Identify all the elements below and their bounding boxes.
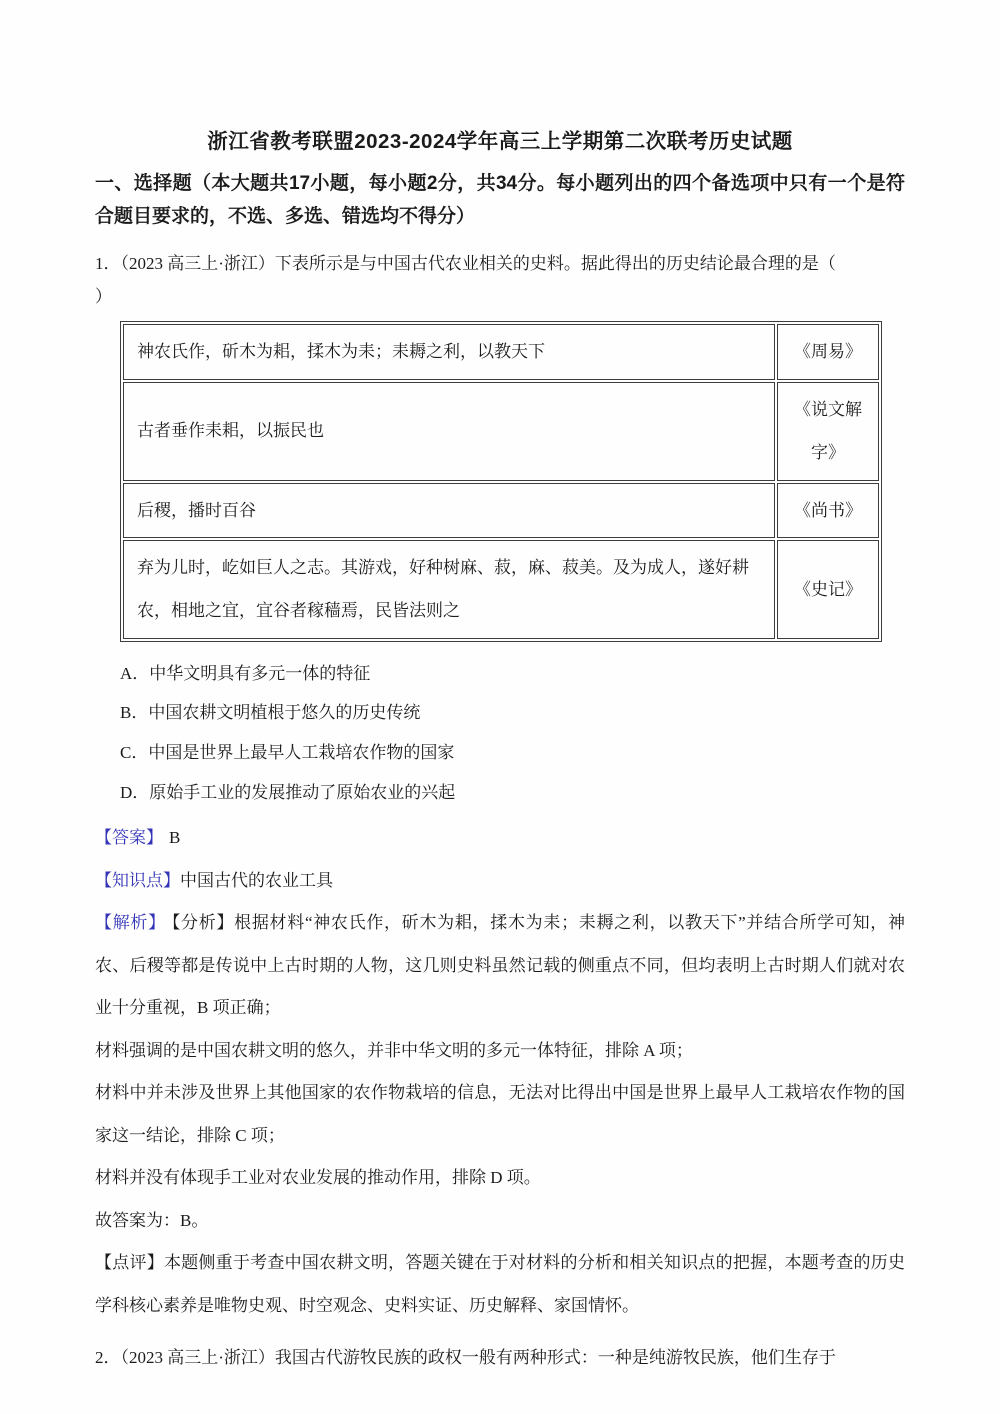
comment-paragraph: 【点评】本题侧重于考查中国农耕文明，答题关键在于对材料的分析和相关知识点的把握，… — [95, 1242, 905, 1327]
question-1-stem: 1．（2023 高三上·浙江）下表所示是与中国古代农业相关的史料。据此得出的历史… — [95, 247, 905, 280]
question-1-stem-close: ） — [95, 280, 905, 313]
table-cell-source: 《周易》 — [777, 324, 879, 379]
analysis-point-c: 材料中并未涉及世界上其他国家的农作物栽培的信息，无法对比得出中国是世界上最早人工… — [95, 1072, 905, 1157]
option-b: B．中国农耕文明植根于悠久的历史传统 — [120, 693, 905, 733]
question-1-options: A．中华文明具有多元一体的特征 B．中国农耕文明植根于悠久的历史传统 C．中国是… — [120, 654, 905, 814]
option-d: D．原始手工业的发展推动了原始农业的兴起 — [120, 773, 905, 813]
answer-line: 【答案】B — [95, 817, 905, 860]
knowledge-point-line: 【知识点】中国古代的农业工具 — [95, 860, 905, 903]
analysis-point-d: 材料并没有体现手工业对农业发展的推动作用，排除 D 项。 — [95, 1157, 905, 1200]
analysis-paragraph: 【解析】【分析】根据材料“神农氏作，斫木为耜，揉木为耒；耒耨之利，以教天下”并结… — [95, 902, 905, 1030]
conclusion-line: 故答案为：B。 — [95, 1200, 905, 1243]
table-row: 神农氏作，斫木为耜，揉木为耒；耒耨之利，以教天下 《周易》 — [123, 324, 879, 379]
analysis-point-a: 材料强调的是中国农耕文明的悠久，并非中华文明的多元一体特征，排除 A 项； — [95, 1030, 905, 1073]
table-cell-source: 《尚书》 — [777, 483, 879, 538]
knowledge-point-value: 中国古代的农业工具 — [180, 871, 333, 890]
table-cell-source: 《史记》 — [777, 540, 879, 639]
table-cell-material: 弃为儿时，屹如巨人之志。其游戏，好种树麻、菽，麻、菽美。及为成人，遂好耕农，相地… — [123, 540, 775, 639]
knowledge-point-label: 【知识点】 — [95, 871, 180, 890]
table-cell-material: 神农氏作，斫木为耜，揉木为耒；耒耨之利，以教天下 — [123, 324, 775, 379]
option-a: A．中华文明具有多元一体的特征 — [120, 654, 905, 694]
answer-label: 【答案】 — [95, 828, 163, 847]
question-2-stem: 2．（2023 高三上·浙江）我国古代游牧民族的政权一般有两种形式：一种是纯游牧… — [95, 1337, 905, 1380]
option-c: C．中国是世界上最早人工栽培农作物的国家 — [120, 733, 905, 773]
table-cell-material: 后稷，播时百谷 — [123, 483, 775, 538]
table-row: 后稷，播时百谷 《尚书》 — [123, 483, 879, 538]
table-row: 古者垂作耒耜，以振民也 《说文解字》 — [123, 382, 879, 481]
section-header: 一、选择题（本大题共17小题，每小题2分，共34分。每小题列出的四个备选项中只有… — [95, 167, 905, 234]
question-1-source-table: 神农氏作，斫木为耜，揉木为耒；耒耨之利，以教天下 《周易》 古者垂作耒耜，以振民… — [120, 321, 882, 641]
document-title: 浙江省教考联盟2023-2024学年高三上学期第二次联考历史试题 — [95, 128, 905, 157]
table-cell-material: 古者垂作耒耜，以振民也 — [123, 382, 775, 481]
table-cell-source: 《说文解字》 — [777, 382, 879, 481]
exam-document-page: 浙江省教考联盟2023-2024学年高三上学期第二次联考历史试题 一、选择题（本… — [0, 0, 1000, 1414]
analysis-intro-text: 【分析】根据材料“神农氏作，斫木为耜，揉木为耒；耒耨之利，以教天下”并结合所学可… — [95, 913, 905, 1017]
analysis-label: 【解析】 — [95, 913, 166, 932]
table-row: 弃为儿时，屹如巨人之志。其游戏，好种树麻、菽，麻、菽美。及为成人，遂好耕农，相地… — [123, 540, 879, 639]
answer-value: B — [169, 828, 180, 847]
